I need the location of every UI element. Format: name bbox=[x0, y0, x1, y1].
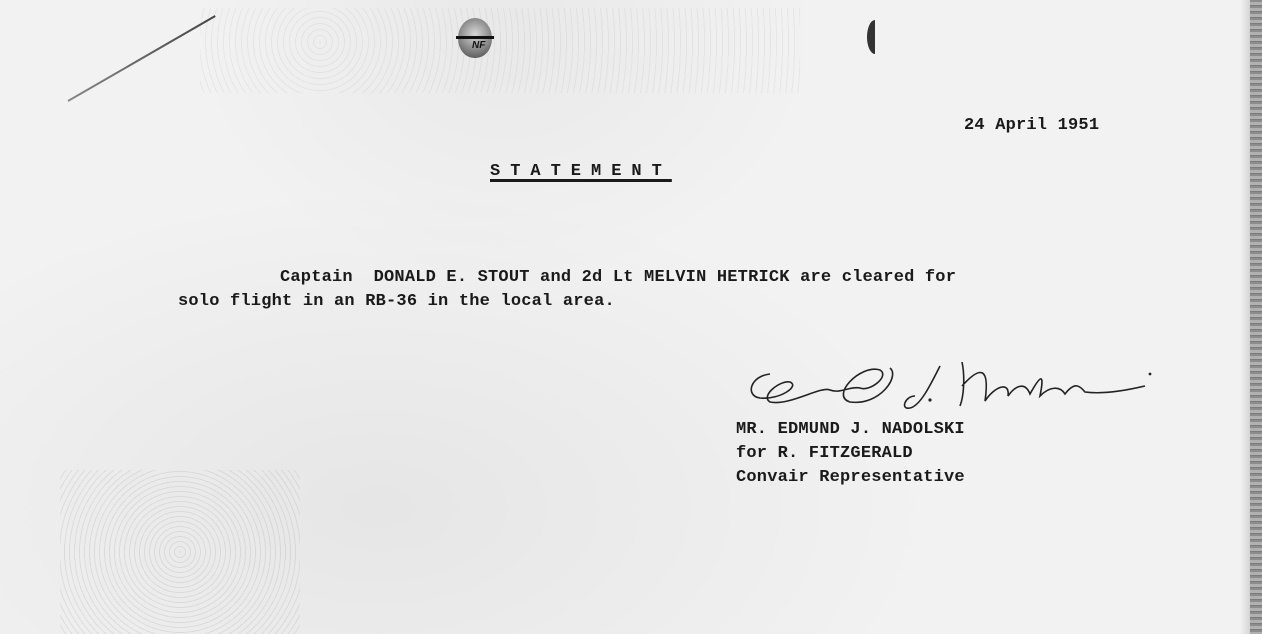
signer-name: MR. EDMUND J. NADOLSKI bbox=[736, 418, 965, 442]
document-title: STATEMENT bbox=[490, 162, 672, 181]
fold-line bbox=[68, 15, 216, 102]
signature-block: MR. EDMUND J. NADOLSKI for R. FITZGERALD… bbox=[736, 418, 965, 490]
page-edge-shadow bbox=[1240, 0, 1250, 634]
punch-hole-label: NF bbox=[472, 40, 485, 51]
scan-noise bbox=[60, 470, 300, 634]
scan-noise bbox=[200, 8, 800, 93]
document-page: NF 24 April 1951 STATEMENT Captain DONAL… bbox=[0, 0, 1262, 634]
punch-hole-icon: NF bbox=[458, 18, 492, 58]
signer-on-behalf: for R. FITZGERALD bbox=[736, 442, 965, 466]
body-text-line: solo flight in an RB-36 in the local are… bbox=[178, 292, 615, 311]
signature bbox=[740, 356, 1160, 416]
signer-title: Convair Representative bbox=[736, 466, 965, 490]
punch-hole-icon bbox=[867, 20, 883, 54]
document-date: 24 April 1951 bbox=[964, 116, 1099, 135]
body-text-line: Captain DONALD E. STOUT and 2d Lt MELVIN… bbox=[280, 268, 956, 287]
redaction-bar bbox=[456, 36, 494, 39]
page-edge bbox=[1250, 0, 1262, 634]
